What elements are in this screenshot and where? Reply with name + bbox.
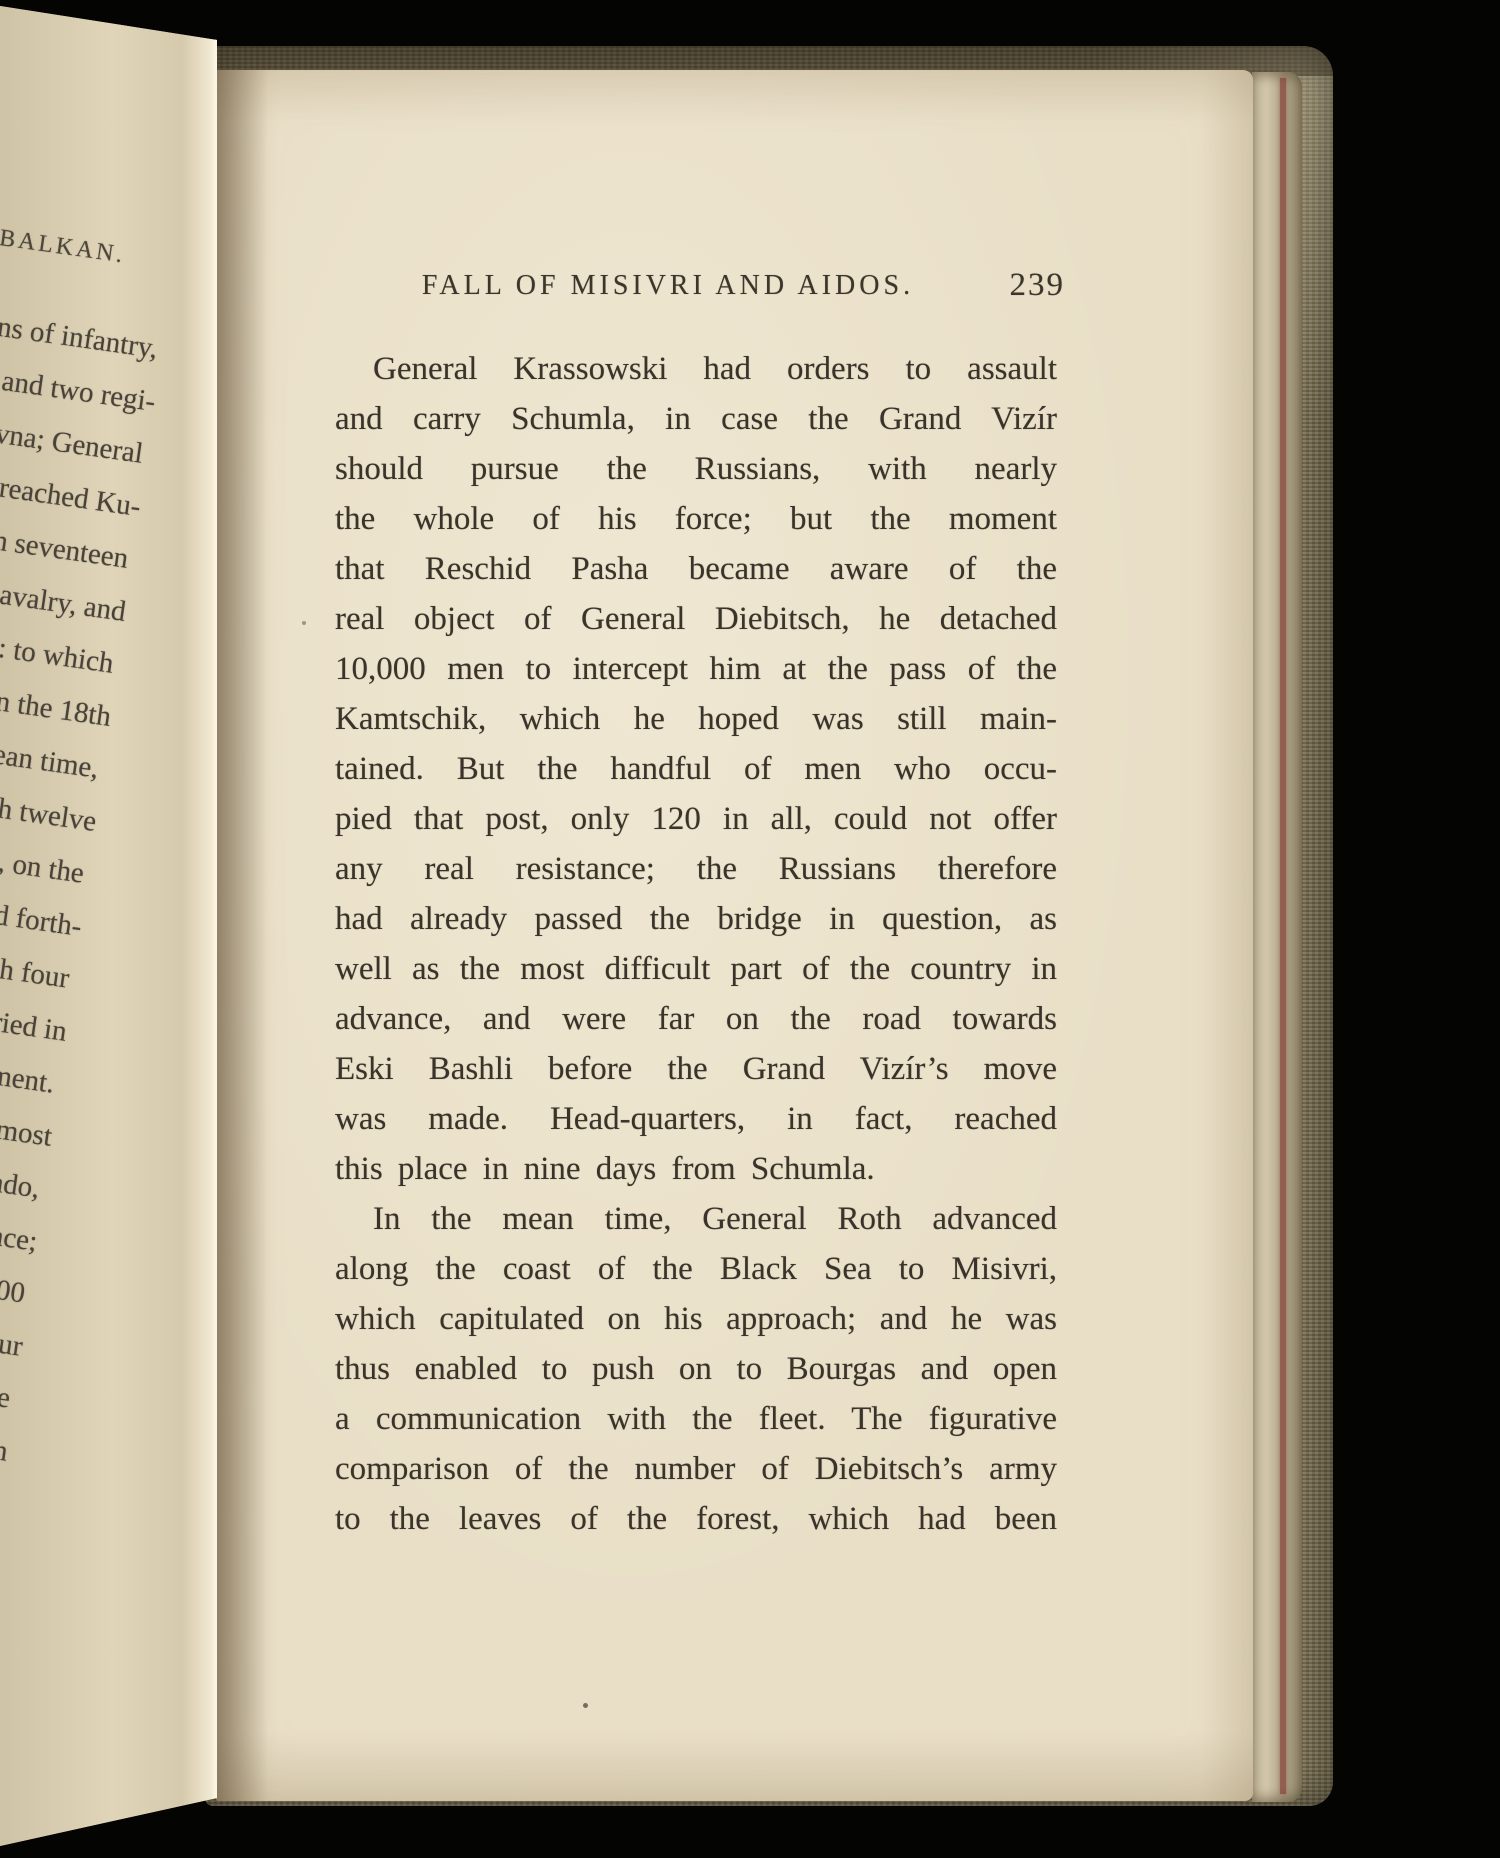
body-text-line: any real resistance; the Russians theref… xyxy=(335,844,1057,894)
body-text-line: Kamtschik, which he hoped was still main… xyxy=(335,694,1057,744)
body-text: General Krassowski had orders to assault… xyxy=(335,344,1057,1544)
running-head: FALL OF MISIVRI AND AIDOS. xyxy=(335,270,1001,302)
body-text-line: this place in nine days from Schumla. xyxy=(335,1144,1057,1194)
left-page-text-block: THE BALKAN. lions of infantry, ry, and t… xyxy=(0,208,227,1538)
body-text-line: General Krassowski had orders to assault xyxy=(335,344,1057,394)
body-text-line: well as the most difficult part of the c… xyxy=(335,944,1057,994)
body-text-line: should pursue the Russians, with nearly xyxy=(335,444,1057,494)
page-number: 239 xyxy=(1010,267,1066,304)
body-text-line: the whole of his force; but the moment xyxy=(335,494,1057,544)
body-text-line: and carry Schumla, in case the Grand Viz… xyxy=(335,394,1057,444)
right-page: FALL OF MISIVRI AND AIDOS. 239 General K… xyxy=(216,70,1253,1801)
body-text-line: pied that post, only 120 in all, could n… xyxy=(335,794,1057,844)
body-text-line: along the coast of the Black Sea to Misi… xyxy=(335,1244,1057,1294)
body-text-line: to the leaves of the forest, which had b… xyxy=(335,1494,1057,1544)
body-text-line: Eski Bashli before the Grand Vizír’s mov… xyxy=(335,1044,1057,1094)
page-header: FALL OF MISIVRI AND AIDOS. 239 xyxy=(335,270,1061,314)
body-text-line: comparison of the number of Diebitsch’s … xyxy=(335,1444,1057,1494)
left-page: THE BALKAN. lions of infantry, ry, and t… xyxy=(0,0,217,1858)
body-text-line: thus enabled to push on to Bourgas and o… xyxy=(335,1344,1057,1394)
body-text-line: had already passed the bridge in questio… xyxy=(335,894,1057,944)
body-text-line: 10,000 men to intercept him at the pass … xyxy=(335,644,1057,694)
ink-speck xyxy=(302,621,306,625)
ink-speck xyxy=(583,1703,588,1708)
left-running-head: THE BALKAN. xyxy=(0,208,227,289)
body-text-line: In the mean time, General Roth advanced xyxy=(335,1194,1057,1244)
body-text-line: tained. But the handful of men who occu- xyxy=(335,744,1057,794)
body-text-line: real object of General Diebitsch, he det… xyxy=(335,594,1057,644)
body-text-line: advance, and were far on the road toward… xyxy=(335,994,1057,1044)
page-fore-edge xyxy=(1252,72,1302,1802)
book-photo: FALL OF MISIVRI AND AIDOS. 239 General K… xyxy=(0,0,1500,1858)
body-text-line: which capitulated on his approach; and h… xyxy=(335,1294,1057,1344)
fore-edge-stain-stripe xyxy=(1280,78,1286,1794)
body-text-line: a communication with the fleet. The figu… xyxy=(335,1394,1057,1444)
body-text-line: was made. Head-quarters, in fact, reache… xyxy=(335,1094,1057,1144)
body-text-line: that Reschid Pasha became aware of the xyxy=(335,544,1057,594)
